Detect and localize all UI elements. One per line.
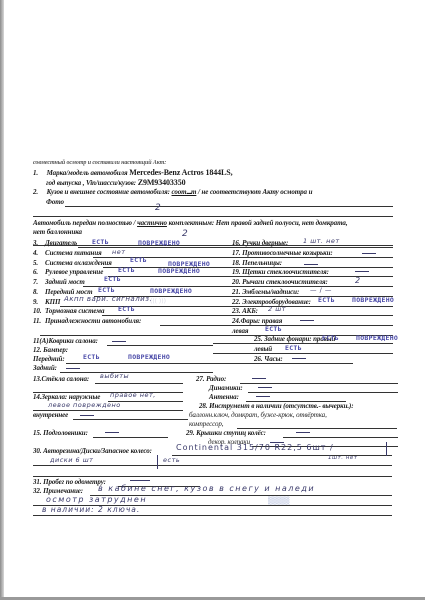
item22-stamp-present: ЕСТЬ [318, 296, 335, 304]
item28-label: 28. Инструмент в наличии (отсутств.- выч… [199, 402, 353, 410]
item19-dash [355, 271, 369, 272]
item6-stamp-damaged: ПОВРЕЖДЕНО [158, 267, 200, 275]
item14-inner-label: внутреннее [33, 411, 68, 419]
item32-handwritten-3: в наличии: 2 ключа. [42, 505, 140, 514]
item4-handwritten: нет [112, 248, 126, 256]
item24-right-dash [300, 320, 314, 321]
item6-line [108, 276, 213, 277]
separator-line [33, 476, 392, 477]
item27-line [240, 383, 398, 384]
item26-dash [292, 358, 306, 359]
item2-option-b: / не соответствуют Акту осмотра и [198, 188, 312, 196]
item30-divider [157, 455, 158, 469]
photo-line-1 [65, 206, 393, 207]
item4-label: 4.Система питания [33, 249, 102, 257]
item30-handwritten-1: Continental 315/70 R22,5 6шт / [176, 443, 334, 452]
item3-stamp-present: ЕСТЬ [92, 238, 109, 246]
item11a-line [107, 345, 213, 346]
item12-label: 12. Бампер: [33, 346, 68, 354]
item17-dash [362, 253, 376, 254]
item27-antenna-label: Антенна: [209, 393, 239, 401]
item12-front-stamp-damaged: ПОВРЕЖДЕНО [128, 353, 170, 361]
item16-label: 16. Ручки дверные: [232, 239, 288, 247]
item30-handwritten-2c: 1шт. нет [328, 455, 357, 461]
item21-label: 21. Эмблемы/надписи: [232, 288, 299, 296]
item32-line-3 [33, 515, 392, 516]
item6-stamp-present: ЕСТЬ [118, 266, 135, 274]
photo-line-2 [33, 216, 393, 217]
item14-handwritten-2: левое повреждено [48, 401, 121, 409]
completeness-handwritten-mark: 2 [182, 229, 188, 239]
item8-stamp-damaged: ПОВРЕЖДЕНО [150, 287, 192, 295]
item1-model-value: Mercedes-Benz Actros 1844LS, [129, 168, 232, 177]
item30-label: 30. Авторезина/Диски/Запасное колесо: [33, 447, 152, 455]
item32-handwritten-1: в кабине снег, кузов в снегу и наледи [98, 484, 315, 493]
item15-dash [105, 432, 119, 433]
item3-label: 3.Двигатель [33, 239, 77, 247]
item1-row: 1. Марка/модель автомобиля Mercedes-Benz… [33, 168, 233, 177]
item24-left-stamp: ЕСТЬ [265, 325, 282, 333]
item20-line [213, 286, 393, 287]
faint-stamp: ((( ))) [150, 298, 166, 305]
item17-label: 17. Противосолнечные козырьки: [232, 249, 333, 257]
item24-line [213, 325, 393, 326]
item8-stamp-present: ЕСТЬ [98, 286, 115, 294]
item13-label: 13.Стёкла салона: [33, 375, 89, 383]
item31-dash [130, 480, 150, 481]
completeness-partial: частично [137, 219, 167, 227]
item3-line [78, 247, 213, 248]
item31-label: 31. Пробег по одометру: [33, 478, 106, 486]
item11a-label: 11(А)Коврики салона: [33, 337, 98, 345]
item2-num: 2. [33, 188, 45, 196]
item15-label: 15. Подголовники: [33, 429, 88, 437]
item23-label: 23. АКБ: [232, 307, 258, 315]
item2-label: Кузов и внешнее состояние автомобиля: [47, 188, 170, 196]
item11-line-2 [40, 335, 213, 336]
item2-option-a: соот......т [172, 188, 197, 196]
item14-inner-dash [80, 415, 94, 416]
item6-label: 6.Рулевое управление [33, 268, 103, 276]
item15-line [93, 437, 168, 438]
item10-stamp-present: ЕСТЬ [118, 305, 135, 313]
item9-handwritten: Акпп вари. сигнализ. [64, 295, 152, 303]
item5-stamp-present: ЕСТЬ [130, 256, 147, 264]
item3-stamp-damaged: ПОВРЕЖДЕНО [138, 239, 180, 247]
item25-line [213, 343, 393, 344]
item12-front-line [66, 363, 213, 364]
item30-handwritten-2b: есть [163, 456, 180, 464]
item16-line [213, 247, 393, 248]
faint-stamp-2: ▒▒▒▒ [268, 497, 290, 505]
item28-tools-line-2: компрессор, [189, 420, 223, 428]
item30-divider-2 [386, 442, 387, 456]
item29-line [283, 437, 398, 438]
item25-left-line [213, 353, 393, 354]
item7-label: 7.Задний мост [33, 278, 85, 286]
item17-line [213, 257, 393, 258]
item27-antenna-dash [256, 396, 270, 397]
item18-label: 18. Пепельницы: [232, 259, 282, 267]
item27-speakers-dash [258, 387, 272, 388]
item7-stamp-present: ЕСТЬ [104, 275, 121, 283]
item18-dash [304, 264, 318, 265]
item27-radio-dash [252, 378, 266, 379]
item13-handwritten: выбиты [100, 372, 129, 380]
item25-right-stamp-damaged: ПОВРЕЖДЕНО [356, 334, 398, 342]
item24-label: 24.Фары: правая [232, 317, 282, 325]
item4-line [93, 257, 213, 258]
item13-line [95, 383, 183, 384]
item30-line-2 [33, 465, 392, 466]
item2-photo-label: Фото [46, 198, 64, 206]
item14-handwritten-1: правое нет, [110, 391, 156, 399]
item20-label: 20. Рычаги стеклоочистителя: [232, 278, 328, 286]
row-line [33, 245, 393, 246]
item12-front-label: Передний: [33, 355, 65, 363]
item12-rear-line [60, 372, 213, 373]
intro-line: совместный осмотр и составили настоящий … [33, 160, 166, 166]
item19-line [213, 276, 393, 277]
item27-speakers-line [248, 392, 398, 393]
item26-line [213, 363, 353, 364]
item24-left-label: левая [232, 327, 248, 335]
item11a-dash [112, 341, 126, 342]
item27-label: 27. Радио: [196, 375, 226, 383]
item1-label: Марка/модель автомобиля [47, 169, 128, 177]
item19-label: 19. Щетки стеклоочистителя: [232, 268, 329, 276]
item21-handwritten: — / — [310, 286, 332, 294]
document-page: совместный осмотр и составили настоящий … [0, 0, 425, 600]
item10-label: 10.Тормозная система [33, 307, 104, 315]
item2-handwritten-mark: 2 [155, 203, 161, 213]
item14-label: 14.Зеркала: наружные [33, 393, 100, 401]
item11-line [160, 325, 213, 326]
item32-label: 32. Примечание: [33, 487, 83, 495]
item2-row: 2. Кузов и внешнее состояние автомобиля:… [33, 188, 312, 196]
item32-handwritten-2: осмотр затруднен [46, 495, 147, 504]
item9-label: 9.КПП [33, 298, 60, 306]
item12-rear-dash [66, 368, 80, 369]
item26-label: 26. Часы: [254, 355, 283, 363]
completeness-line: Автомобиль передан полностью / частично … [33, 219, 347, 227]
item29-label: 29. Крышки ступиц колёс: [186, 429, 266, 437]
item16-handwritten: 1 шт. нет [303, 237, 340, 245]
item23-handwritten: 2 шт [268, 305, 286, 313]
item20-handwritten: 2 [355, 276, 361, 285]
item10-line [102, 315, 213, 316]
item1-num: 1. [33, 169, 45, 177]
item25-left-stamp: ЕСТЬ [285, 344, 302, 352]
item11-label: 11.Принадлежности автомобиля: [33, 317, 141, 325]
item14-inner-line [73, 419, 188, 420]
item1-vin-value: Z9M93403350 [138, 178, 186, 187]
item1-vin-row: год выпуска , Vin/шасси/кузов: Z9M934033… [46, 178, 186, 187]
item23-line [213, 315, 393, 316]
item5-label: 5.Система охлаждения [33, 259, 112, 267]
completeness-line-2: нет баллонника [33, 228, 82, 236]
item1-year-vin-label: год выпуска , Vin/шасси/кузов: [46, 179, 136, 187]
item29-dash [296, 432, 310, 433]
item28-tools-line: баллонн.ключ, домкрат, буже-крюк, отвёрт… [189, 411, 327, 419]
item30-line [172, 455, 392, 456]
item25-right-stamp-present: ЕСТЬ [322, 334, 339, 342]
item27-speakers-label: Динамики: [209, 384, 243, 392]
item12-rear-label: Задний: [33, 364, 57, 372]
item12-front-stamp-present: ЕСТЬ [83, 353, 100, 361]
item22-stamp-damaged: ПОВРЕЖДЕНО [352, 296, 394, 304]
item25-left-label: левый [254, 345, 272, 353]
item30-handwritten-2a: диски 6 шт [50, 456, 93, 464]
